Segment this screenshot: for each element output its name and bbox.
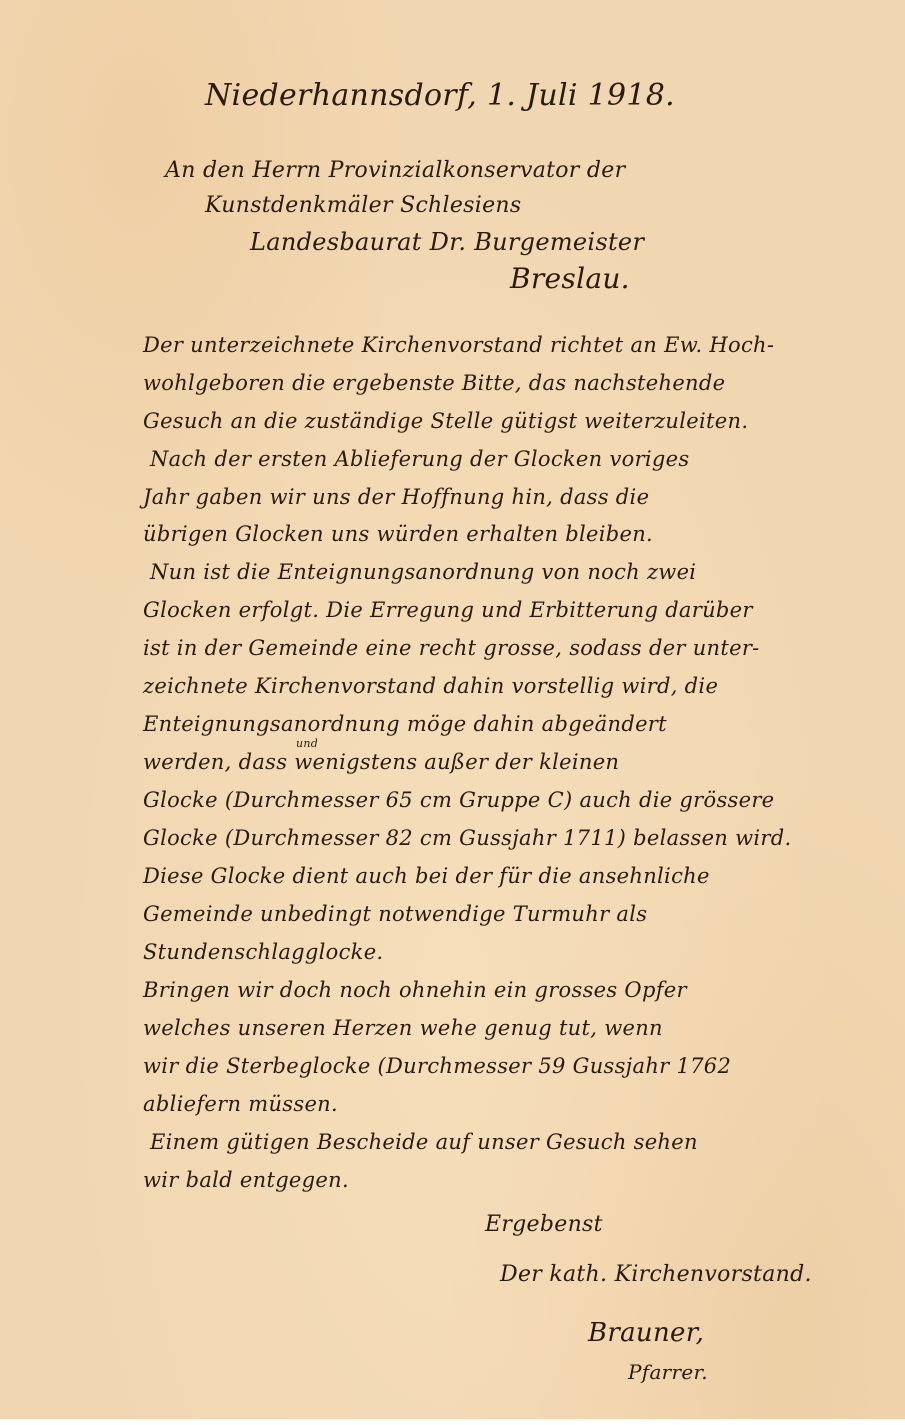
body-line-4: Nach der ersten Ablieferung der Glocken … <box>150 447 689 471</box>
body-line-20: wir die Sterbeglocke (Durchmesser 59 Gus… <box>143 1054 731 1078</box>
insertion-und: und <box>296 737 318 750</box>
place-date: Niederhannsdorf, 1. Juli 1918. <box>205 78 675 113</box>
body-line-3: Gesuch an die zuständige Stelle gütigst … <box>143 409 748 433</box>
signature-name: Brauner, <box>588 1318 704 1348</box>
body-line-11: Enteignungsanordnung möge dahin abgeände… <box>143 712 667 736</box>
closing: Ergebenst <box>485 1212 603 1237</box>
body-line-18: Bringen wir doch noch ohnehin ein grosse… <box>143 978 687 1002</box>
address-line-1: An den Herrn Provinzialkonservator der <box>165 158 625 183</box>
body-line-16: Gemeinde unbedingt notwendige Turmuhr al… <box>143 902 647 926</box>
body-line-23: wir bald entgegen. <box>143 1168 349 1192</box>
body-line-9: ist in der Gemeinde eine recht grosse, s… <box>143 636 760 660</box>
body-line-17: Stundenschlagglocke. <box>143 940 383 964</box>
body-line-1: Der unterzeichnete Kirchenvorstand richt… <box>143 333 774 357</box>
body-line-19: welches unseren Herzen wehe genug tut, w… <box>143 1016 663 1040</box>
body-line-14: Glocke (Durchmesser 82 cm Gussjahr 1711)… <box>143 826 791 850</box>
body-line-15: Diese Glocke dient auch bei der für die … <box>143 864 710 888</box>
body-line-22: Einem gütigen Bescheide auf unser Gesuch… <box>150 1130 698 1154</box>
signature-title: Pfarrer. <box>628 1360 708 1384</box>
body-line-8: Glocken erfolgt. Die Erregung und Erbitt… <box>143 598 753 622</box>
body-line-13: Glocke (Durchmesser 65 cm Gruppe C) auch… <box>143 788 774 812</box>
body-line-2: wohlgeboren die ergebenste Bitte, das na… <box>143 371 725 395</box>
body-line-5: Jahr gaben wir uns der Hoffnung hin, das… <box>143 485 649 509</box>
body-line-7: Nun ist die Enteignungsanordnung von noc… <box>150 560 696 584</box>
address-city: Breslau. <box>510 262 630 295</box>
signatory-body: Der kath. Kirchenvorstand. <box>500 1262 812 1287</box>
address-line-2: Kunstdenkmäler Schlesiens <box>205 193 522 218</box>
body-line-21: abliefern müssen. <box>143 1092 338 1116</box>
body-line-6: übrigen Glocken uns würden erhalten blei… <box>143 522 653 546</box>
address-line-3: Landesbaurat Dr. Burgemeister <box>250 228 644 256</box>
body-line-12: werden, dass wenigstens außer der kleine… <box>143 750 619 774</box>
letter-page: Niederhannsdorf, 1. Juli 1918. An den He… <box>0 0 905 1419</box>
body-line-10: zeichnete Kirchenvorstand dahin vorstell… <box>143 674 718 698</box>
